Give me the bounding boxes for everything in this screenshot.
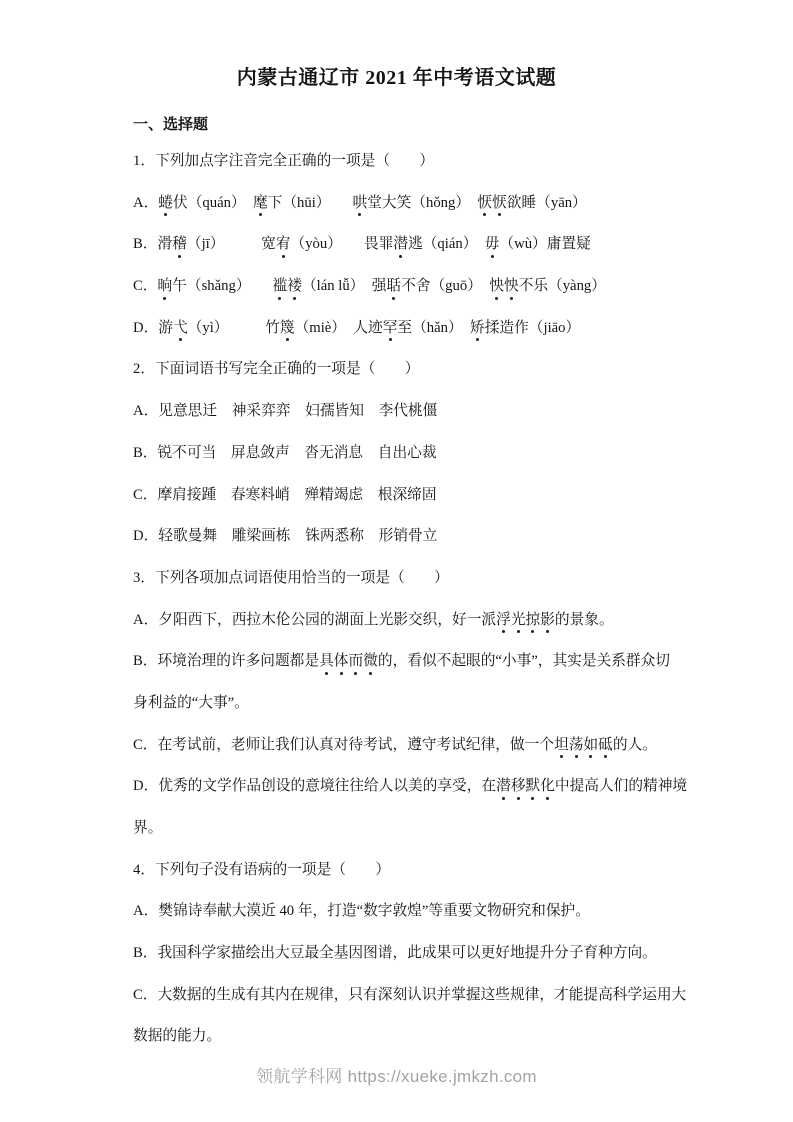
emphasis-dot-char: 怏	[489, 266, 504, 308]
emphasis-dot-char: 光	[511, 600, 526, 642]
emphasis-dot-char: 浮	[496, 600, 511, 642]
section-heading: 一、选择题	[133, 113, 208, 134]
emphasis-dot-char: 移	[511, 766, 526, 808]
emphasis-dot-char: 潜	[393, 224, 408, 266]
emphasis-dot-char: 褴	[273, 266, 288, 308]
emphasis-dot-char: 稽	[172, 224, 187, 266]
q2-stem: 2．下面词语书写完全正确的一项是（ ）	[133, 349, 693, 391]
q1-option-d: D．游弋（yì） 竹篾（miè） 人迹罕至（hǎn） 矫揉造作（jiāo）	[133, 308, 693, 350]
emphasis-dot-char: 晌	[157, 266, 172, 308]
q3-option-b-line1: B．环境治理的许多问题都是具体而微的，看似不起眼的“小事”，其实是关系群众切	[133, 641, 693, 683]
emphasis-dot-char: 影	[540, 600, 555, 642]
question-lines: 1．下列加点字注音完全正确的一项是（ ）A．蜷伏（quán） 麾下（hūi） 哄…	[133, 141, 693, 1058]
q1-option-a: A．蜷伏（quán） 麾下（hūi） 哄堂大笑（hǒng） 恹恹欲睡（yān）	[133, 183, 693, 225]
emphasis-dot-char: 蜷	[158, 183, 173, 225]
emphasis-dot-char: 默	[526, 766, 541, 808]
emphasis-dot-char: 宥	[276, 224, 291, 266]
emphasis-dot-char: 毋	[485, 224, 500, 266]
q2-option-d: D．轻歌曼舞 雕梁画栋 铢两悉称 形销骨立	[133, 516, 693, 558]
q3-stem: 3．下列各项加点词语使用恰当的一项是（ ）	[133, 558, 693, 600]
q3-option-b-line2: 身利益的“大事”。	[133, 683, 693, 725]
emphasis-dot-char: 罕	[383, 308, 398, 350]
watermark: 领航学科网 https://xueke.jmkzh.com	[0, 1062, 793, 1087]
emphasis-dot-char: 恹	[477, 183, 492, 225]
emphasis-dot-char: 聒	[386, 266, 401, 308]
emphasis-dot-char: 体	[334, 641, 349, 683]
emphasis-dot-char: 砥	[598, 725, 613, 767]
emphasis-dot-char: 微	[363, 641, 378, 683]
emphasis-dot-char: 矫	[470, 308, 485, 350]
document-title: 内蒙古通辽市 2021 年中考语文试题	[0, 61, 793, 90]
q3-option-d-line2: 界。	[133, 808, 693, 850]
emphasis-dot-char: 而	[348, 641, 363, 683]
q4-stem: 4．下列句子没有语病的一项是（ ）	[133, 850, 693, 892]
emphasis-dot-char: 潜	[496, 766, 511, 808]
emphasis-dot-char: 哄	[353, 183, 368, 225]
emphasis-dot-char: 褛	[287, 266, 302, 308]
q3-option-c: C．在考试前，老师让我们认真对待考试，遵守考试纪律，做一个坦荡如砥的人。	[133, 725, 693, 767]
q1-option-b: B．滑稽（jī） 宽宥（yòu） 畏罪潜逃（qián） 毋（wù）庸置疑	[133, 224, 693, 266]
q4-option-c-line1: C．大数据的生成有其内在规律，只有深刻认识并掌握这些规律，才能提高科学运用大	[133, 975, 693, 1017]
q2-option-b: B．锐不可当 屏息敛声 沓无消息 自出心裁	[133, 433, 693, 475]
q2-option-a: A．见意思迁 神采弈弈 妇孺皆知 李代桃僵	[133, 391, 693, 433]
document-page: 内蒙古通辽市 2021 年中考语文试题 一、选择题 1．下列加点字注音完全正确的…	[0, 0, 793, 1122]
q3-option-d-line1: D．优秀的文学作品创设的意境往往给人以美的享受，在潜移默化中提高人们的精神境	[133, 766, 693, 808]
emphasis-dot-char: 具	[319, 641, 334, 683]
q1-option-c: C．晌午（shǎng） 褴褛（lán lǚ） 强聒不舍（guō） 怏怏不乐（yà…	[133, 266, 693, 308]
q4-option-c-line2: 数据的能力。	[133, 1016, 693, 1058]
q4-option-b: B．我国科学家描绘出大豆最全基因图谱，此成果可以更好地提升分子育种方向。	[133, 933, 693, 975]
emphasis-dot-char: 怏	[504, 266, 519, 308]
emphasis-dot-char: 麾	[253, 183, 268, 225]
emphasis-dot-char: 弋	[173, 308, 188, 350]
q2-option-c: C．摩肩接踵 春寒料峭 殚精竭虑 根深缔固	[133, 475, 693, 517]
emphasis-dot-char: 篾	[280, 308, 295, 350]
q3-option-a: A．夕阳西下，西拉木伦公园的湖面上光影交织，好一派浮光掠影的景象。	[133, 600, 693, 642]
emphasis-dot-char: 如	[583, 725, 598, 767]
emphasis-dot-char: 恹	[492, 183, 507, 225]
emphasis-dot-char: 掠	[526, 600, 541, 642]
emphasis-dot-char: 化	[540, 766, 555, 808]
q1-stem: 1．下列加点字注音完全正确的一项是（ ）	[133, 141, 693, 183]
emphasis-dot-char: 坦	[554, 725, 569, 767]
q4-option-a: A．樊锦诗奉献大漠近 40 年，打造“数字敦煌”等重要文物研究和保护。	[133, 891, 693, 933]
emphasis-dot-char: 荡	[569, 725, 584, 767]
